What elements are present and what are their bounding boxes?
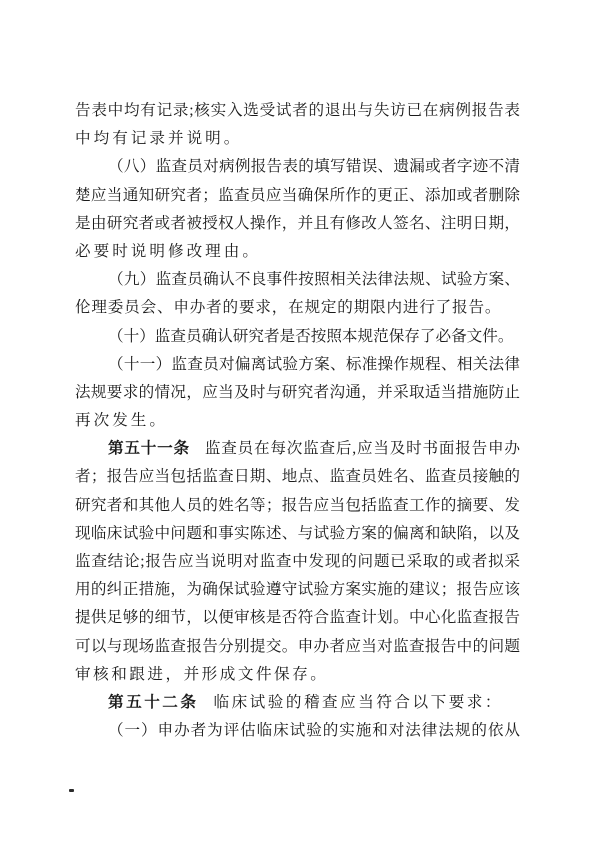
article-number: 第五十一条 <box>108 440 190 457</box>
text-line: 告表中均有记录;核实入选受试者的退出与失访已在病例报告表 <box>75 97 520 125</box>
text-line: 提供足够的细节，以便审核是否符合监查计划。中心化监查报告 <box>75 604 520 632</box>
article-heading-text: 临床试验的稽查应当符合以下要求： <box>213 694 503 711</box>
text-line: 必要时说明修改理由。 <box>75 238 520 266</box>
document-page: 告表中均有记录;核实入选受试者的退出与失访已在病例报告表 中均有记录并说明。 （… <box>0 0 595 841</box>
text-line: 法规要求的情况，应当及时与研究者沟通，并采取适当措施防止 <box>75 379 520 407</box>
article-number: 第五十二条 <box>108 694 198 711</box>
text-line: 可以与现场监查报告分别提交。申办者应当对监查报告中的问题 <box>75 633 520 661</box>
text-line: （一）申办者为评估临床试验的实施和对法律法规的依从 <box>75 717 520 745</box>
text-line: 中均有记录并说明。 <box>75 125 520 153</box>
text-line: 再次发生。 <box>75 407 520 435</box>
article-heading-line: 第五十一条监查员在每次监查后,应当及时书面报告申办 <box>75 435 520 463</box>
text-line: 是由研究者或者被授权人操作，并且有修改人签名、注明日期， <box>75 210 520 238</box>
text-block: 告表中均有记录;核实入选受试者的退出与失访已在病例报告表 中均有记录并说明。 （… <box>75 97 520 745</box>
text-line: 研究者和其他人员的姓名等；报告应当包括监查工作的摘要、发 <box>75 492 520 520</box>
ink-smudge-mark <box>69 789 74 792</box>
text-line: 监查结论;报告应当说明对监查中发现的问题已采取的或者拟采 <box>75 548 520 576</box>
text-line: 现临床试验中问题和事实陈述、与试验方案的偏离和缺陷，以及 <box>75 520 520 548</box>
text-line: 伦理委员会、申办者的要求，在规定的期限内进行了报告。 <box>75 294 520 322</box>
text-line: 审核和跟进，并形成文件保存。 <box>75 661 520 689</box>
article-heading-text: 监查员在每次监查后,应当及时书面报告申办 <box>205 440 520 457</box>
article-heading-line: 第五十二条临床试验的稽查应当符合以下要求： <box>75 689 520 717</box>
text-line: 者；报告应当包括监查日期、地点、监查员姓名、监查员接触的 <box>75 463 520 491</box>
text-line: （十一）监查员对偏离试验方案、标准操作规程、相关法律 <box>75 351 520 379</box>
text-line: 用的纠正措施，为确保试验遵守试验方案实施的建议；报告应该 <box>75 576 520 604</box>
text-line: （八）监查员对病例报告表的填写错误、遗漏或者字迹不清 <box>75 153 520 181</box>
text-line: （九）监查员确认不良事件按照相关法律法规、试验方案、 <box>75 266 520 294</box>
text-line: 楚应当通知研究者；监查员应当确保所作的更正、添加或者删除 <box>75 182 520 210</box>
text-line: （十）监查员确认研究者是否按照本规范保存了必备文件。 <box>75 323 520 351</box>
